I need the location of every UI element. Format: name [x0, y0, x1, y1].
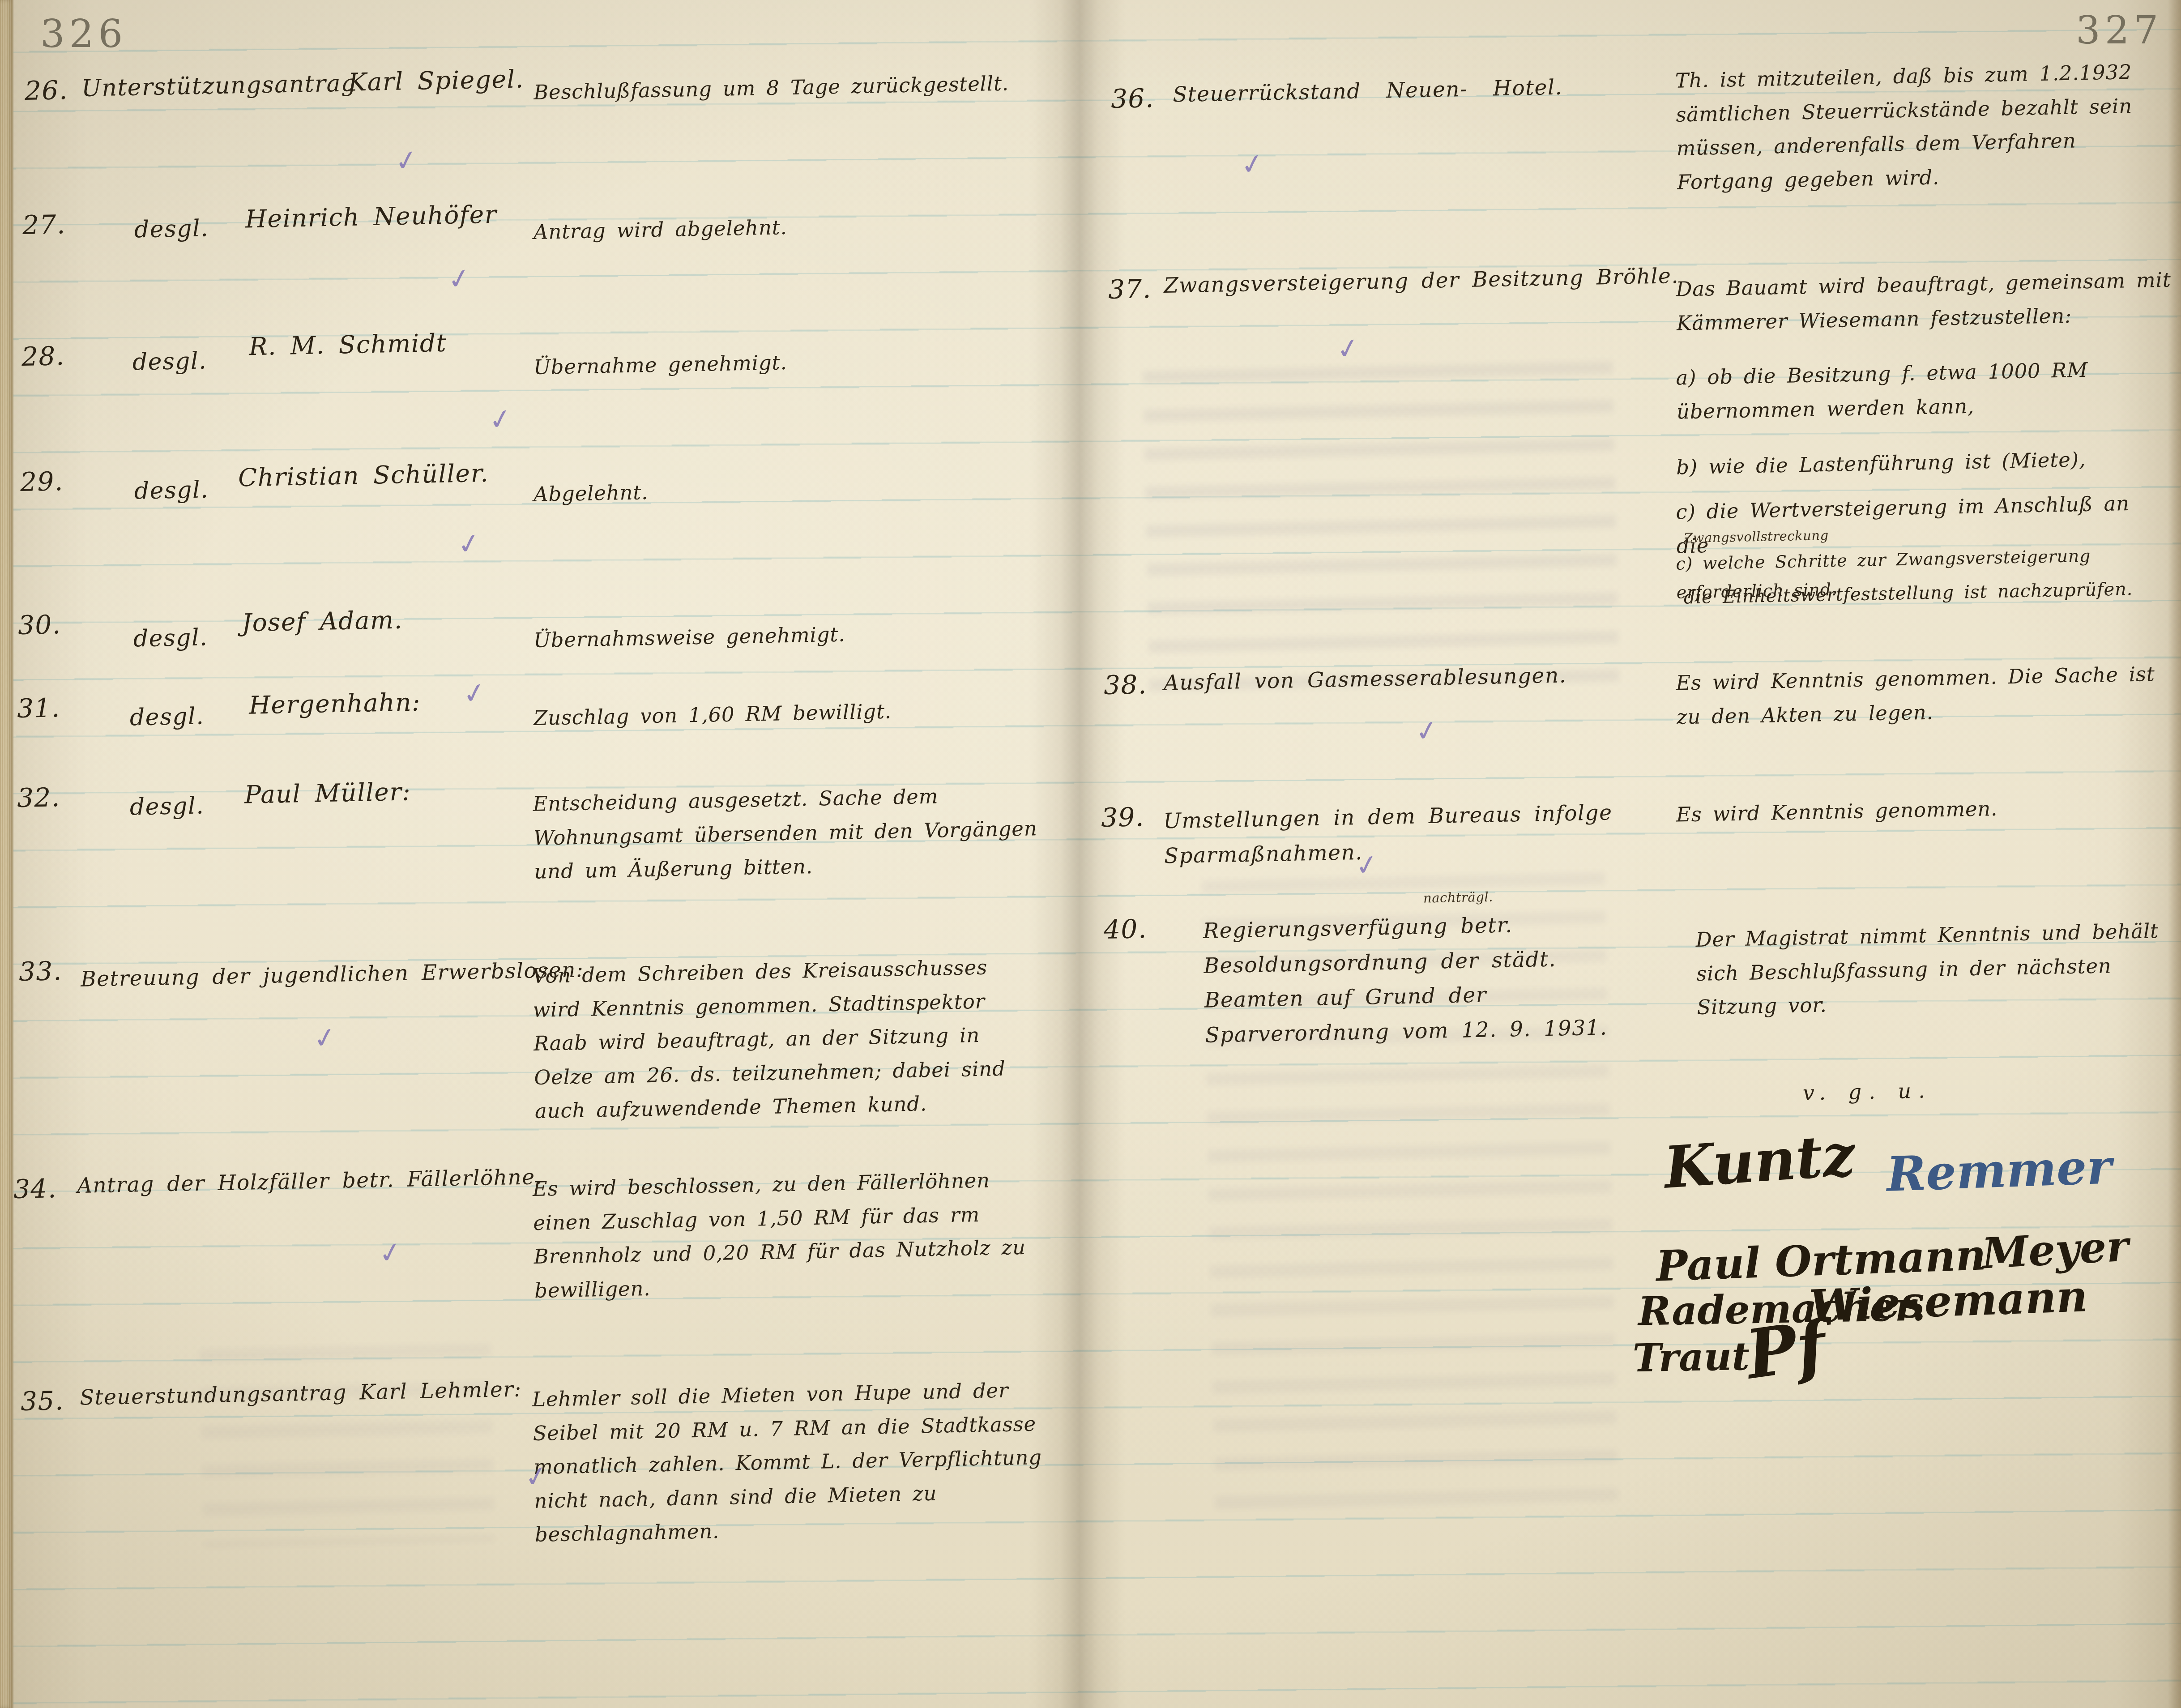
entry-26-decision: Beschlußfassung um 8 Tage zurückgestellt… — [533, 66, 1044, 109]
entry-29-subject: desgl. — [134, 476, 209, 504]
entry-34-decision: Es wird beschlossen, zu den Fällerlöhnen… — [532, 1162, 1047, 1307]
entry-30-name: Josef Adam. — [241, 606, 403, 637]
entry-28-decision: Übernahme genehmigt. — [533, 341, 1044, 384]
entry-36-number: 36. — [1110, 83, 1154, 114]
entry-37-checkmark: ✓ — [1334, 330, 1362, 367]
entry-34-number: 34. — [13, 1173, 57, 1204]
entry-26-name: Karl Spiegel. — [348, 64, 524, 97]
entry-33-number: 33. — [18, 956, 62, 987]
entry-31-subject: desgl. — [129, 703, 204, 731]
entry-39-decision: Es wird Kenntnis genommen. — [1676, 788, 2168, 832]
entry-32-subject: desgl. — [129, 792, 204, 820]
entry-30-subject: desgl. — [133, 624, 208, 652]
entry-35-number: 35. — [20, 1385, 64, 1417]
entry-27-subject: desgl. — [134, 215, 209, 243]
entry-35-decision: Lehmler soll die Mieten von Hupe und der… — [532, 1373, 1050, 1552]
entry-40-decision: Der Magistrat nimmt Kenntnis und behält … — [1695, 914, 2163, 1025]
entry-31-decision: Zuschlag von 1,60 RM bewilligt. — [533, 692, 1044, 735]
entry-27-checkmark: ✓ — [445, 260, 474, 297]
entry-29-number: 29. — [20, 466, 64, 497]
entry-27-decision: Antrag wird abgelehnt. — [533, 205, 1044, 249]
closing-mark-vgu: v. g. u. — [1803, 1078, 1933, 1105]
signature-paraph: Pf — [1741, 1306, 1831, 1395]
entry-29-checkmark: ✓ — [455, 525, 483, 562]
entry-29-decision: Abgelehnt. — [533, 468, 1044, 511]
signature-remmer: Remmer — [1886, 1138, 2113, 1202]
entry-28-checkmark: ✓ — [486, 401, 515, 437]
entry-36-subject: Steuerrückstand Neuen- Hotel. — [1173, 75, 1563, 107]
entry-30-checkmark: ✓ — [460, 675, 489, 711]
entry-26-checkmark: ✓ — [392, 142, 421, 179]
entry-32-name: Paul Müller: — [244, 777, 411, 809]
entry-33-checkmark: ✓ — [311, 1020, 339, 1056]
page-number-right: 327 — [2076, 8, 2163, 53]
entry-27-name: Heinrich Neuhöfer — [245, 200, 497, 234]
entry-37-decision-item-b: b) wie die Lastenführung ist (Miete), — [1676, 441, 2164, 485]
scan-vignette — [0, 0, 2181, 1708]
signature-traut: Traut — [1632, 1334, 1750, 1381]
entry-40-insert-note: nachträgl. — [1423, 889, 1493, 906]
entry-33-decision: Von dem Schreiben des Kreisausschusses w… — [532, 949, 1047, 1128]
entry-31-name: Hergenhahn: — [248, 687, 421, 719]
ruled-lines — [0, 0, 2181, 1708]
entry-38-number: 38. — [1103, 669, 1147, 700]
entry-28-subject: desgl. — [132, 347, 207, 376]
entry-33-subject: Betreuung der jugendlichen Erwerbslosen: — [81, 957, 584, 992]
entry-36-checkmark: ✓ — [1238, 146, 1267, 182]
book-fore-edge — [0, 0, 13, 1708]
entry-37-insert-note: Zwangsvollstreckung — [1684, 528, 1829, 546]
entry-26-subject: Unterstützungsantrag — [81, 70, 357, 102]
signature-kuntz: Kuntz — [1662, 1121, 1857, 1201]
entry-37-subject: Zwangsversteigerung der Besitzung Bröhle… — [1164, 264, 1679, 298]
ink-bleedthrough — [1142, 335, 1619, 694]
page-number-left: 326 — [40, 12, 127, 56]
entry-30-number: 30. — [17, 609, 61, 640]
entry-34-checkmark: ✓ — [376, 1234, 405, 1271]
entry-35-subject: Steuerstundungsantrag Karl Lehmler: — [80, 1377, 522, 1410]
page-right-edge-shadow — [2168, 0, 2181, 1708]
entry-30-decision: Übernahmsweise genehmigt. — [533, 614, 1044, 657]
entry-28-name: R. M. Schmidt — [248, 329, 447, 361]
entry-38-checkmark: ✓ — [1413, 713, 1441, 749]
entry-40-number: 40. — [1103, 914, 1147, 945]
entry-38-decision: Es wird Kenntnis genommen. Die Sache ist… — [1676, 657, 2169, 734]
entry-32-number: 32. — [17, 782, 60, 813]
signature-meyer: Meyer — [1980, 1221, 2130, 1278]
entry-37-decision-item-a: a) ob die Besitzung f. etwa 1000 RM über… — [1676, 352, 2165, 429]
entry-37-number: 37. — [1108, 273, 1152, 305]
ink-bleedthrough — [199, 1317, 495, 1547]
entry-39-subject: Umstellungen in dem Bureaus infolge Spar… — [1163, 795, 1648, 874]
entry-34-subject: Antrag der Holzfäller betr. Fällerlöhne. — [77, 1165, 543, 1198]
entry-40-subject: Regierungsverfügung betr. Besoldungsordn… — [1203, 905, 1657, 1053]
entry-31-number: 31. — [17, 692, 60, 724]
signature-wiesemann: Wiesemann — [1808, 1271, 2088, 1331]
ledger-scan: 326 327 26. Unterstützungsantrag Karl Sp… — [0, 0, 2181, 1708]
entry-38-subject: Ausfall von Gasmesserablesungen. — [1164, 663, 1567, 695]
entry-29-name: Christian Schüller. — [238, 459, 489, 492]
entry-36-decision: Th. ist mitzuteilen, daß bis zum 1.2.193… — [1675, 54, 2174, 199]
entry-28-number: 28. — [21, 341, 65, 372]
entry-39-number: 39. — [1101, 802, 1144, 833]
entry-37-decision-intro: Das Bauamt wird beauftragt, gemeinsam mi… — [1676, 263, 2174, 340]
entry-32-decision: Entscheidung ausgesetzt. Sache dem Wohnu… — [533, 777, 1040, 888]
entry-26-number: 26. — [24, 75, 68, 106]
entry-27-number: 27. — [22, 209, 66, 240]
